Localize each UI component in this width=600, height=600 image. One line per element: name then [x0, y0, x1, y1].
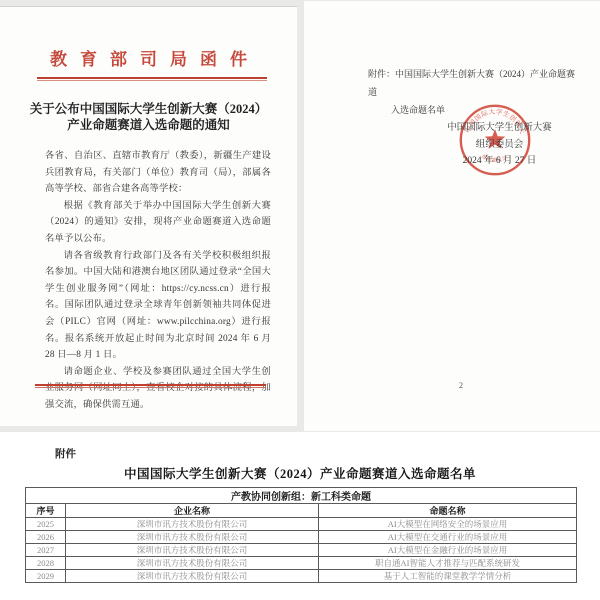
column-header-company: 企业名称	[66, 504, 319, 518]
table-cell: 深圳市讯方技术股份有限公司	[66, 544, 319, 557]
notice-title-line2: 产业命题赛道入选命题的通知	[20, 118, 277, 134]
rule-line	[35, 384, 266, 386]
table-cell: 深圳市讯方技术股份有限公司	[66, 518, 319, 531]
table-row: 2026深圳市讯方技术股份有限公司AI大模型在交通行业的场景应用	[26, 531, 577, 544]
table-cell: 深圳市讯方技术股份有限公司	[66, 557, 319, 570]
table-cell: 2029	[26, 570, 66, 583]
attachment-ref-line1: 附件：中国国际大学生创新大赛（2024）产业命题赛道	[368, 65, 578, 101]
body-paragraph: 请各省级教育行政部门及各有关学校积极组织报名参加。中国大陆和港澳台地区团队通过登…	[45, 248, 271, 364]
table-row: 2025深圳市讯方技术股份有限公司AI大模型在网络安全的场景应用	[26, 518, 577, 531]
table-body: 2025深圳市讯方技术股份有限公司AI大模型在网络安全的场景应用2026深圳市讯…	[26, 518, 577, 583]
signer-org-line2: 组织委员会	[412, 137, 587, 154]
table-cell: AI大模型在交通行业的场景应用	[319, 531, 577, 544]
table-cell: 职自通AI智能人才推荐与匹配系统研发	[319, 557, 577, 570]
page-number: 2	[459, 381, 463, 390]
topics-table: 产教协同创新组：新工科类命题 序号 企业名称 命题名称 2025深圳市讯方技术股…	[25, 487, 577, 583]
table-cell: 深圳市讯方技术股份有限公司	[66, 570, 319, 583]
sign-date: 2024 年 6 月 27 日	[412, 153, 587, 170]
rule-line	[37, 80, 267, 81]
table-cell: 基于人工智能的课堂教学学情分析	[319, 570, 577, 583]
notice-title-line1: 关于公布中国国际大学生创新大赛（2024）	[20, 102, 277, 118]
table-cell: AI大模型在金融行业的场景应用	[319, 544, 577, 557]
salutation: 各省、自治区、直辖市教育厅（教委），新疆生产建设兵团教育局，有关部门（单位）教育…	[45, 148, 271, 198]
table-cell: 2027	[26, 544, 66, 557]
signature-page: 附件：中国国际大学生创新大赛（2024）产业命题赛道 入选命题名单 中国国际大学…	[304, 1, 600, 431]
letterhead-title: 教育部司局函件	[0, 45, 297, 70]
footer-red-rule	[35, 384, 266, 388]
rule-line	[37, 77, 267, 79]
body-paragraph: 请命题企业、学校及参赛团队通过全国大学生创业服务网（网址同上），查看校企对接的具…	[45, 364, 271, 414]
table-cell: 2026	[26, 531, 66, 544]
scanned-pages-area: 教育部司局函件 关于公布中国国际大学生创新大赛（2024） 产业命题赛道入选命题…	[0, 0, 600, 432]
attachment-label: 附件	[55, 446, 76, 461]
signature-block: 中国国际大学生创新大赛 组织委员会 2024 年 6 月 27 日	[412, 120, 587, 170]
body-paragraph: 根据《教育部关于举办中国国际大学生创新大赛（2024）的通知》安排，现将产业命题…	[45, 198, 271, 248]
table-cell: AI大模型在网络安全的场景应用	[319, 518, 577, 531]
table-column-header-row: 序号 企业名称 命题名称	[26, 504, 577, 518]
column-header-topic: 命题名称	[319, 504, 577, 518]
group-header-cell: 产教协同创新组：新工科类命题	[26, 488, 577, 504]
table-group-header-row: 产教协同创新组：新工科类命题	[26, 488, 577, 504]
table-cell: 2028	[26, 557, 66, 570]
column-header-index: 序号	[26, 504, 66, 518]
notice-body: 各省、自治区、直辖市教育厅（教委），新疆生产建设兵团教育局，有关部门（单位）教育…	[45, 148, 271, 414]
table-cell: 2025	[26, 518, 66, 531]
table-title: 中国国际大学生创新大赛（2024）产业命题赛道入选命题名单	[0, 464, 600, 482]
signer-org-line1: 中国国际大学生创新大赛	[412, 120, 587, 137]
letterhead-red-rule	[37, 77, 267, 81]
table-cell: 深圳市讯方技术股份有限公司	[66, 531, 319, 544]
table-row: 2027深圳市讯方技术股份有限公司AI大模型在金融行业的场景应用	[26, 544, 577, 557]
notice-title: 关于公布中国国际大学生创新大赛（2024） 产业命题赛道入选命题的通知	[20, 102, 277, 133]
table-row: 2029深圳市讯方技术股份有限公司基于人工智能的课堂教学学情分析	[26, 570, 577, 583]
rule-line	[35, 387, 266, 388]
letter-page: 教育部司局函件 关于公布中国国际大学生创新大赛（2024） 产业命题赛道入选命题…	[0, 6, 297, 426]
attachment-section: 附件 中国国际大学生创新大赛（2024）产业命题赛道入选命题名单 产教协同创新组…	[0, 432, 600, 600]
table-row: 2028深圳市讯方技术股份有限公司职自通AI智能人才推荐与匹配系统研发	[26, 557, 577, 570]
